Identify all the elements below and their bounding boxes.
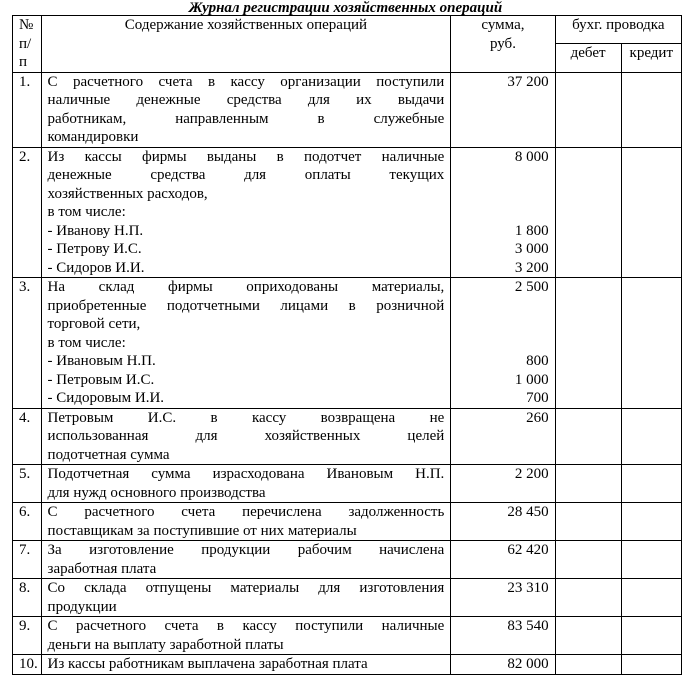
header-num-line2: п/п: [19, 36, 31, 71]
column-header-number: № п/п: [13, 16, 42, 73]
sub-item-sum: 1 000: [457, 371, 548, 390]
column-header-sum: сумма, руб.: [451, 16, 555, 73]
description-line: Из кассы фирмы выданы в подотчет наличны…: [48, 148, 445, 167]
operation-sum: 37 200: [451, 72, 555, 147]
operation-description: За изготовление продукции рабочим начисл…: [41, 541, 451, 579]
operation-sum: 83 540: [451, 617, 555, 655]
debit-cell: [555, 617, 621, 655]
description-line: На склад фирмы оприходованы материалы,: [48, 278, 445, 297]
column-header-credit: кредит: [621, 44, 681, 72]
description-line: заработная плата: [48, 560, 445, 579]
debit-cell: [555, 465, 621, 503]
table-row: 1.С расчетного счета в кассу организации…: [13, 72, 682, 147]
debit-cell: [555, 503, 621, 541]
sub-item-sum: 700: [457, 389, 548, 408]
sub-item-sum: 3 200: [457, 259, 548, 278]
debit-cell: [555, 408, 621, 465]
row-number: 4.: [13, 408, 42, 465]
operation-description: Из кассы фирмы выданы в подотчет наличны…: [41, 147, 451, 278]
credit-cell: [621, 278, 681, 409]
journal-body: 1.С расчетного счета в кассу организации…: [13, 72, 682, 657]
operation-description: Петровым И.С. в кассу возвращена неиспол…: [41, 408, 451, 465]
description-line: продукции: [48, 598, 445, 617]
description-line: деньги на выплату заработной платы: [48, 636, 445, 655]
sub-item-label: - Ивановым Н.П.: [48, 352, 445, 371]
sum-value: 37 200: [457, 73, 548, 92]
description-line: для нужд основного производства: [48, 484, 445, 503]
sub-item-label: - Иванову Н.П.: [48, 222, 445, 241]
operation-sum: 62 420: [451, 541, 555, 579]
sub-item-label: - Петровым И.С.: [48, 371, 445, 390]
table-row: 5.Подотчетная сумма израсходована Иванов…: [13, 465, 682, 503]
description-line: работникам, направленным в служебные: [48, 110, 445, 129]
sub-item-label: - Петрову И.С.: [48, 240, 445, 259]
description-line: использованная для хозяйственных целей: [48, 427, 445, 446]
sum-value: 2 200: [457, 465, 548, 484]
header-num-line1: №: [19, 17, 33, 33]
operation-sum: 2 200: [451, 465, 555, 503]
row-number: 3.: [13, 278, 42, 409]
sub-item-sum: 1 800: [457, 222, 548, 241]
description-line: Со склада отпущены материалы для изготов…: [48, 579, 445, 598]
row-number: 1.: [13, 72, 42, 147]
row-number: 5.: [13, 465, 42, 503]
operation-description: С расчетного счета перечислена задолженн…: [41, 503, 451, 541]
debit-cell: [555, 579, 621, 617]
sub-item-sum: 3 000: [457, 240, 548, 259]
document-title: Журнал регистрации хозяйственных операци…: [0, 0, 691, 16]
table-row: 6.С расчетного счета перечислена задолже…: [13, 503, 682, 541]
table-row: 8.Со склада отпущены материалы для изгот…: [13, 579, 682, 617]
header-sum-line1: сумма,: [481, 17, 524, 33]
table-row: 3.На склад фирмы оприходованы материалы,…: [13, 278, 682, 409]
description-line: С расчетного счета в кассу поступили нал…: [48, 617, 445, 636]
operation-description: Со склада отпущены материалы для изготов…: [41, 579, 451, 617]
description-line: командировки: [48, 128, 445, 147]
description-line: С расчетного счета перечислена задолженн…: [48, 503, 445, 522]
table-row: 4.Петровым И.С. в кассу возвращена неисп…: [13, 408, 682, 465]
operation-description: На склад фирмы оприходованы материалы,пр…: [41, 278, 451, 409]
operation-description: Подотчетная сумма израсходована Ивановым…: [41, 465, 451, 503]
debit-cell: [555, 278, 621, 409]
description-line: Подотчетная сумма израсходована Ивановым…: [48, 465, 445, 484]
operation-description: С расчетного счета в кассу поступили нал…: [41, 617, 451, 655]
description-line: поставщикам за поступившие от них матери…: [48, 522, 445, 541]
credit-cell: [621, 72, 681, 147]
credit-cell: [621, 541, 681, 579]
table-row: 2.Из кассы фирмы выданы в подотчет налич…: [13, 147, 682, 278]
description-line: хозяйственных расходов,: [48, 185, 445, 204]
operations-journal-table: № п/п Содержание хозяйственных операций …: [12, 15, 682, 657]
debit-cell: [555, 72, 621, 147]
sum-value: 62 420: [457, 541, 548, 560]
row-number: 2.: [13, 147, 42, 278]
header-sum-line2: руб.: [490, 36, 516, 52]
description-line: подотчетная сумма: [48, 446, 445, 465]
credit-cell: [621, 503, 681, 541]
description-line: приобретенные подотчетными лицами в розн…: [48, 297, 445, 316]
sum-value: 28 450: [457, 503, 548, 522]
credit-cell: [621, 579, 681, 617]
sum-value: 2 500: [457, 278, 548, 297]
sub-item-label: - Сидоров И.И.: [48, 259, 445, 278]
credit-cell: [621, 465, 681, 503]
operation-sum: 23 310: [451, 579, 555, 617]
row-number: 8.: [13, 579, 42, 617]
credit-cell: [621, 408, 681, 465]
operation-sum: 28 450: [451, 503, 555, 541]
description-line: денежные средства для оплаты текущих: [48, 166, 445, 185]
including-label: в том числе:: [48, 334, 445, 353]
including-label: в том числе:: [48, 203, 445, 222]
row-number: 7.: [13, 541, 42, 579]
column-header-debit: дебет: [555, 44, 621, 72]
description-line: торговой сети,: [48, 315, 445, 334]
credit-cell: [621, 147, 681, 278]
sub-item-sum: 800: [457, 352, 548, 371]
debit-cell: [555, 147, 621, 278]
description-line: За изготовление продукции рабочим начисл…: [48, 541, 445, 560]
header-row-1: № п/п Содержание хозяйственных операций …: [13, 16, 682, 44]
operation-sum: 260: [451, 408, 555, 465]
table-row: 9.С расчетного счета в кассу поступили н…: [13, 617, 682, 655]
sum-value: 260: [457, 409, 548, 428]
debit-cell: [555, 541, 621, 579]
operation-description: С расчетного счета в кассу организации п…: [41, 72, 451, 147]
description-line: С расчетного счета в кассу организации п…: [48, 73, 445, 92]
credit-cell: [621, 617, 681, 655]
column-header-description: Содержание хозяйственных операций: [41, 16, 451, 73]
description-line: наличные денежные средства для их выдачи: [48, 91, 445, 110]
sum-value: 23 310: [457, 579, 548, 598]
column-header-accounting-entry: бухг. проводка: [555, 16, 681, 44]
row-number: 9.: [13, 617, 42, 655]
table-row: 7.За изготовление продукции рабочим начи…: [13, 541, 682, 579]
operation-sum: 2 5008001 000700: [451, 278, 555, 409]
sub-item-label: - Сидоровым И.И.: [48, 389, 445, 408]
sum-value: 8 000: [457, 148, 548, 167]
description-line: Петровым И.С. в кассу возвращена не: [48, 409, 445, 428]
sum-value: 83 540: [457, 617, 548, 636]
operation-sum: 8 0001 8003 0003 200: [451, 147, 555, 278]
row-number: 6.: [13, 503, 42, 541]
